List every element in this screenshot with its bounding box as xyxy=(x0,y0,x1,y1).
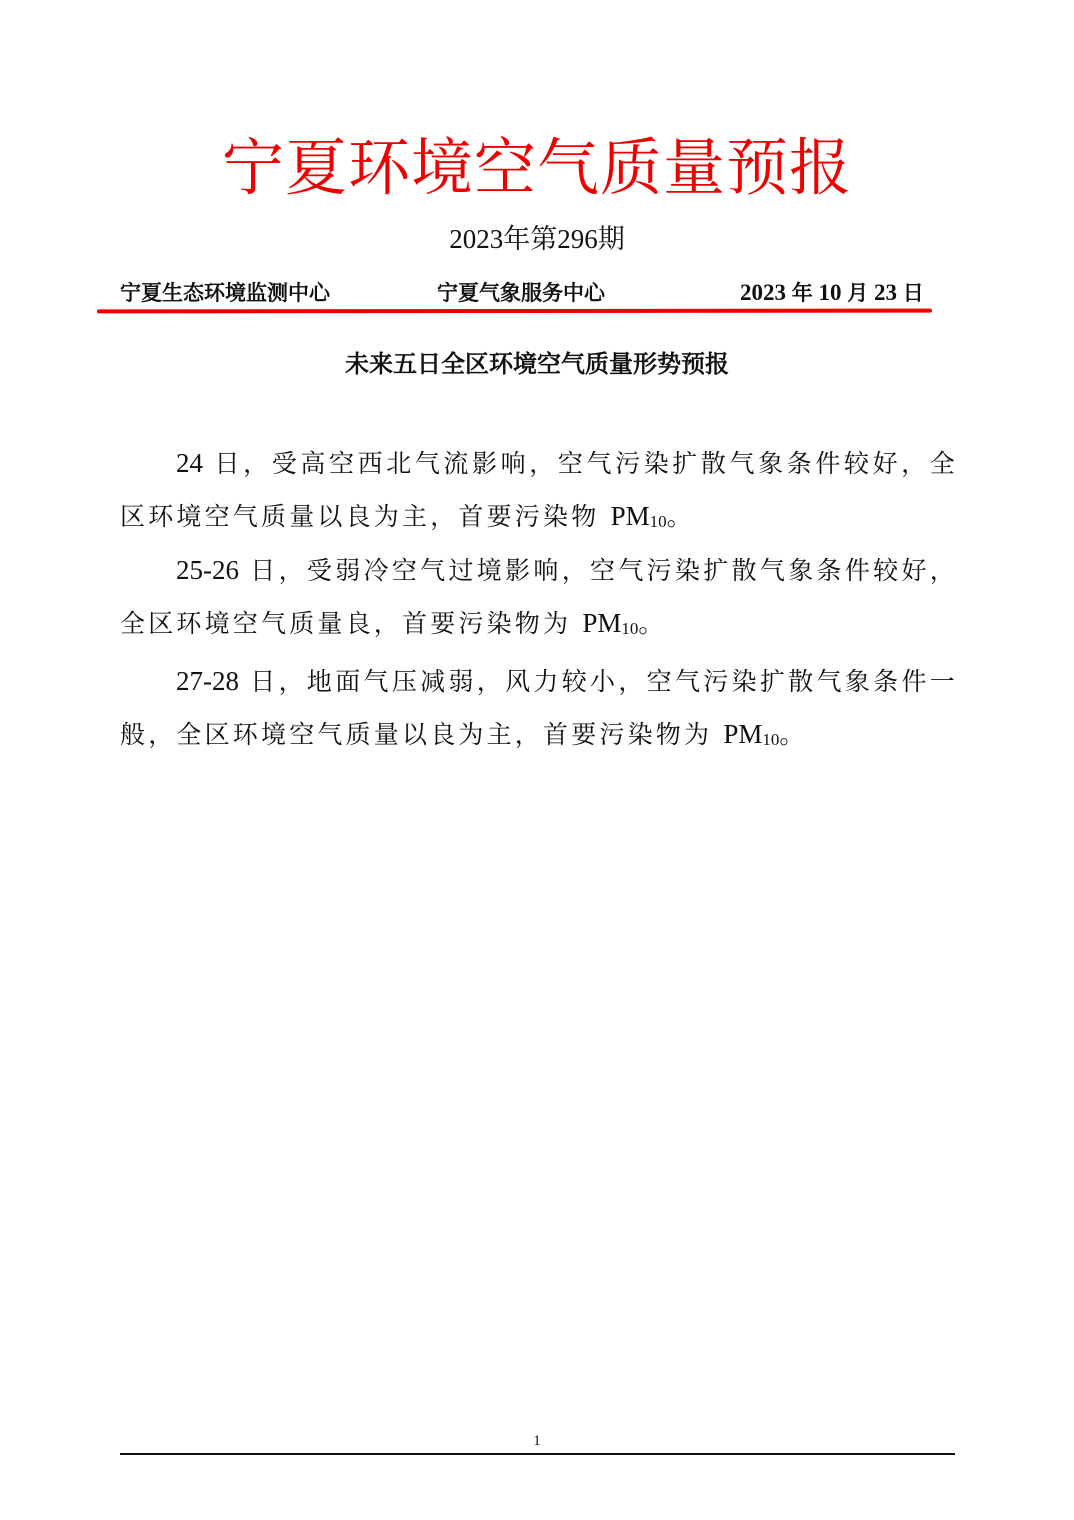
org-secondary: 宁夏气象服务中心 xyxy=(437,276,605,310)
sentence-end: 。 xyxy=(638,609,666,638)
forecast-text: 日，地面气压减弱，风力较小，空气污染扩散气象条件一般，全区环境空气质量以良为主，… xyxy=(120,667,958,749)
pollutant-subscript: 10 xyxy=(650,512,667,531)
date-month-unit: 月 xyxy=(847,281,868,305)
forecast-paragraph: 27-28 日，地面气压减弱，风力较小，空气污染扩散气象条件一般，全区环境空气质… xyxy=(120,655,958,761)
sentence-end: 。 xyxy=(779,720,807,749)
masthead-divider xyxy=(97,309,932,314)
date-day: 23 xyxy=(874,280,897,305)
org-primary: 宁夏生态环境监测中心 xyxy=(120,276,330,310)
date-year: 2023 xyxy=(740,280,786,305)
forecast-day: 25-26 xyxy=(176,555,239,585)
page-number: 1 xyxy=(0,1432,1074,1450)
forecast-paragraph: 25-26 日，受弱冷空气过境影响，空气污染扩散气象条件较好，全区环境空气质量良… xyxy=(120,544,958,650)
forecast-day: 24 xyxy=(176,448,203,478)
publish-date: 2023 年 10 月 23 日 xyxy=(740,276,924,310)
issue-num: 296 xyxy=(557,224,598,254)
page-title: 宁夏环境空气质量预报 xyxy=(0,128,1074,208)
pollutant: PM xyxy=(582,608,621,638)
section-title: 未来五日全区环境空气质量形势预报 xyxy=(0,344,1074,384)
pollutant-subscript: 10 xyxy=(762,730,779,749)
issue-year: 2023 xyxy=(449,224,503,254)
forecast-day: 27-28 xyxy=(176,666,239,696)
forecast-paragraph: 24 日，受高空西北气流影响，空气污染扩散气象条件较好，全区环境空气质量以良为主… xyxy=(120,437,958,543)
pollutant: PM xyxy=(611,501,650,531)
date-day-unit: 日 xyxy=(903,281,924,305)
issue-suffix: 期 xyxy=(598,224,625,255)
forecast-text: 日，受弱冷空气过境影响，空气污染扩散气象条件较好，全区环境空气质量良，首要污染物… xyxy=(120,556,958,638)
issue-number: 2023年第296期 xyxy=(0,219,1074,260)
issue-year-suffix: 年第 xyxy=(503,224,557,255)
forecast-text: 日，受高空西北气流影响，空气污染扩散气象条件较好，全区环境空气质量以良为主，首要… xyxy=(120,449,958,531)
pollutant-subscript: 10 xyxy=(621,619,638,638)
footer-divider xyxy=(120,1453,955,1455)
date-year-unit: 年 xyxy=(792,281,813,305)
pollutant: PM xyxy=(723,719,762,749)
sentence-end: 。 xyxy=(667,502,695,531)
date-month: 10 xyxy=(819,280,842,305)
